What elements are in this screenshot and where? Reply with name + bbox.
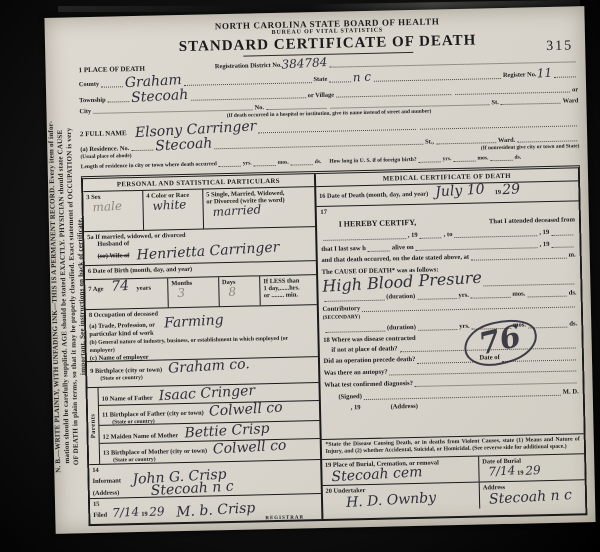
dotted-rule: [420, 236, 442, 238]
dotted-rule: [415, 382, 577, 388]
color-cell: 4 Color or Race white: [143, 189, 204, 229]
secondary-label: (SECONDARY): [323, 315, 361, 323]
mother-value: Bettie Crisp: [184, 424, 270, 440]
contributory-label: Contributory: [322, 305, 360, 314]
residence-label: (a) Residence. No.: [80, 145, 129, 153]
personal-column: PERSONAL AND STATISTICAL PARTICULARS 3 S…: [83, 174, 323, 524]
full-name-label: 2 FULL NAME: [80, 129, 127, 138]
state-or-country-note: (State or country): [103, 456, 156, 463]
father-birthplace-label: 11 Birthplace of Father (city or town): [102, 409, 204, 418]
informant-cell: 14 Informant John G. Crisp (Address) Ste…: [89, 460, 320, 499]
burial-place-value: Stecoah cem: [325, 467, 422, 484]
occupation-c-label: (c) Name of employer: [90, 353, 149, 361]
year-19: , 19: [540, 240, 550, 248]
burial-19: 19: [517, 469, 524, 476]
wife-of-label: (or) Wife of: [88, 252, 130, 260]
spouse-cell: 5a If married, widowed, or divorced Husb…: [84, 227, 315, 266]
register-no-label: Register No.: [503, 72, 537, 80]
residence-value: Stecoah: [155, 138, 213, 152]
yrs-label: yrs.: [243, 161, 252, 168]
residence-ward-label: Ward.: [498, 136, 515, 144]
days-value: 8: [222, 287, 236, 297]
dotted-rule: [101, 85, 123, 87]
signed-address-line: , 19 (Address): [325, 400, 579, 414]
less-label-3: or ........ min.: [264, 291, 298, 299]
nonresident-note: (If nonresident give city or town and St…: [481, 143, 580, 151]
abode-note: (Usual place of abode): [80, 153, 131, 160]
year-19: , 19: [325, 405, 361, 414]
medical-column: MEDICAL CERTIFICATE OF DEATH 16 Date of …: [316, 168, 586, 519]
dob-label: 6 Date of Birth (month, day, and year): [88, 265, 192, 274]
dotted-rule: [266, 107, 326, 110]
autopsy-label: Was there an autopsy?: [324, 369, 388, 379]
registration-district-label: Registration District No.: [215, 62, 282, 71]
dotted-rule: [364, 394, 561, 400]
informant-address-value: Stecoah n c: [151, 481, 234, 497]
city-label: City: [79, 108, 91, 116]
age-value: 74: [111, 280, 129, 292]
dotted-rule: [455, 90, 570, 95]
year-19: , 19: [408, 232, 418, 240]
occupation-b-label: (b) General nature of industry, business…: [89, 335, 288, 353]
dotted-rule: [368, 249, 390, 251]
address-note: (Address): [360, 403, 418, 412]
section-1-label: 1 PLACE OF DEATH: [78, 64, 144, 73]
number-label: No.: [255, 104, 265, 112]
spouse-label: 5a If married, widowed, or divorced: [87, 231, 185, 240]
filed-day-value: 7/14: [112, 508, 139, 519]
occupation-a-value: Farming: [164, 315, 224, 330]
street-label: St.: [491, 99, 498, 107]
residence-street-label: St.,: [425, 138, 434, 146]
dotted-rule: [258, 128, 415, 133]
dotted-rule: [323, 237, 406, 241]
dotted-rule: [417, 360, 477, 363]
father-birthplace-value: Colwell co: [209, 402, 283, 417]
foreign-birth-label: How long in U. S. if of foreign birth?: [329, 157, 416, 165]
occupation-cell: 8 Occupation of deceased (a) Trade, Prof…: [86, 305, 318, 362]
film-artifact: [58, 6, 238, 12]
days-cell: Days 8: [219, 276, 261, 306]
less-than-day-cell: If LESS than 1 day,......hrs. or .......…: [260, 275, 316, 305]
burial-date-day: 7/14: [482, 466, 515, 477]
dotted-rule: [527, 294, 566, 297]
cause-of-death-value: High Blood Presure: [322, 272, 482, 294]
dotted-rule: [436, 141, 496, 144]
certificate-sheet: N. B.—WRITE PLAINLY, WITH UNFADING INK—T…: [44, 6, 595, 534]
registration-district-value: 384784: [282, 58, 328, 70]
mos-label: mos.: [512, 290, 525, 299]
ward-label: Ward: [563, 97, 579, 105]
husband-of-label: Husband of: [87, 240, 129, 248]
burial-year: 29: [525, 466, 541, 476]
months-cell: Months 3: [168, 277, 219, 307]
spouse-value: Henrietta Carringer: [137, 242, 280, 261]
dotted-rule: [501, 102, 561, 105]
if-not-label: if not at place of death?: [323, 345, 397, 355]
dotted-rule: [420, 124, 577, 129]
certify-bold: I HEREBY CERTIFY,: [339, 218, 417, 230]
ds-label: ds.: [514, 155, 521, 162]
mother-label: 12 Maiden Name of Mother: [103, 432, 179, 441]
to-label: , to: [444, 231, 453, 239]
footnote-text: *State the Disease Causing Death, or in …: [325, 436, 579, 455]
dotted-rule: [471, 257, 567, 261]
yrs-label: yrs.: [443, 156, 452, 163]
dod-19: 19: [495, 189, 502, 196]
county-label: County: [79, 81, 99, 89]
dotted-rule: [417, 297, 456, 300]
dotted-rule: [329, 80, 351, 82]
dotted-rule: [484, 282, 575, 286]
undertaker-value: H. D. Ownby: [339, 492, 436, 509]
state-value: n c: [353, 73, 372, 84]
mother-birthplace-label: 13 Birthplace of Mother (city or town): [103, 447, 207, 456]
duration-label: (duration): [386, 292, 415, 301]
father-label: 10 Name of Father: [102, 394, 153, 402]
dotted-rule: [551, 233, 573, 235]
undertaker-address-value: Stecoah n c: [483, 490, 572, 506]
informant-address-label: (Address): [93, 489, 120, 497]
certificate-number: 315: [546, 38, 573, 55]
duration-label: (duration): [387, 324, 416, 333]
occupation-label: 8 Occupation of deceased: [89, 310, 158, 319]
dod-year-value: 29: [502, 184, 520, 196]
dotted-rule: [416, 246, 538, 251]
certify-line-1: I HEREBY CERTIFY, That I attended deceas…: [321, 215, 576, 231]
birthplace-label: 9 Birthplace (city or town): [90, 366, 162, 375]
year-19: , 19: [539, 229, 549, 237]
parents-vertical-label: Parents: [88, 387, 101, 463]
m-label: m.: [568, 252, 575, 260]
dotted-rule: [374, 77, 501, 82]
signed-label: (Signed): [324, 393, 362, 402]
informant-label: Informant: [92, 478, 121, 486]
undertaker-cell: 20 Undertaker H. D. Ownby: [322, 482, 480, 511]
dotted-rule: [517, 139, 577, 142]
filed-19: 19: [141, 511, 148, 518]
registrar-signature: M. b. Crisp: [176, 503, 256, 519]
dotted-rule: [390, 370, 577, 376]
ds-label: ds.: [569, 289, 577, 297]
informant-number: 14: [92, 466, 99, 473]
township-label: Township: [79, 96, 106, 104]
certify-rest: That I attended deceased from: [489, 216, 575, 226]
or-label: or: [572, 86, 578, 93]
mos-label: mos.: [278, 160, 289, 167]
age-cell: 7 Age 74 years: [85, 278, 169, 309]
ds-label: ds.: [315, 159, 322, 166]
yrs-label: yrs.: [458, 291, 469, 299]
certificate-form: NORTH CAROLINA STATE BOARD OF HEALTH BUR…: [78, 13, 588, 525]
date-of-death-label: 16 Date of Death (month, day, and year): [319, 190, 428, 199]
dotted-rule: [491, 158, 513, 160]
burial-date-cell: Date of Burial 7/14 19 29: [479, 454, 584, 481]
dotted-rule: [324, 298, 384, 301]
dotted-rule: [471, 296, 510, 299]
dotted-rule: [455, 234, 538, 238]
death-occurred-label: and that death occurred, on the date sta…: [321, 254, 469, 265]
parents-label-text: Parents: [90, 413, 98, 438]
undertaker-address-cell: Address Stecoah n c: [480, 480, 585, 508]
parents-rows: 10 Name of Father Isaac Cringer 11 Birth…: [99, 383, 320, 464]
state-label: State: [313, 76, 327, 84]
months-value: 3: [171, 288, 185, 298]
burial-place-cell: 19 Place of Burial, Cremation, or remova…: [322, 456, 480, 484]
marital-value: married: [206, 205, 261, 218]
undertaker-row: 20 Undertaker H. D. Ownby Address Stecoa…: [322, 480, 585, 512]
dotted-rule: [453, 159, 475, 161]
years-label: years: [136, 284, 151, 291]
or-village-label: or Village: [308, 91, 334, 99]
md-label: M. D.: [563, 388, 579, 397]
ds-label: ds.: [569, 320, 577, 328]
dotted-rule: [554, 75, 576, 77]
sex-value: male: [86, 201, 122, 213]
dotted-rule: [191, 96, 306, 101]
father-value: Isaac Cringer: [158, 386, 255, 403]
dotted-rule: [291, 163, 313, 165]
filed-label: Filed: [93, 512, 107, 519]
certification-cell: 17 I HEREBY CERTIFY, That I attended dec…: [316, 201, 583, 440]
dotted-rule: [184, 81, 311, 86]
dotted-rule: [325, 330, 385, 333]
main-grid: PERSONAL AND STATISTICAL PARTICULARS 3 S…: [81, 165, 588, 526]
dotted-rule: [418, 328, 457, 331]
age-label: 7 Age: [88, 285, 103, 292]
dotted-rule: [219, 164, 241, 166]
parents-section: Parents 10 Name of Father Isaac Cringer …: [88, 383, 320, 465]
date-of-death-value: July 10: [435, 184, 485, 198]
test-label: What test confirmed diagnosis?: [324, 380, 413, 390]
dotted-rule: [336, 93, 451, 98]
sex-color-marital-row: 3 Sex male 4 Color or Race white 5 Singl…: [83, 187, 314, 232]
alive-on-label: alive on: [392, 243, 414, 252]
birthplace-value: Graham co.: [167, 359, 249, 375]
microfilm-background: N. B.—WRITE PLAINLY, WITH UNFADING INK—T…: [0, 0, 600, 552]
dotted-rule: [552, 245, 574, 247]
state-or-country-note: (State or country): [102, 418, 155, 425]
dotted-rule: [419, 160, 441, 162]
length-label: Length of residence in city or town wher…: [81, 161, 217, 170]
mos-label: mos.: [477, 155, 488, 162]
last-saw-label: that I last saw h: [321, 244, 366, 253]
dotted-rule: [108, 100, 130, 102]
state-or-country-note: (State or country): [90, 375, 143, 382]
filed-number: 15: [93, 500, 100, 507]
mother-birthplace-value: Colwell co: [212, 440, 286, 455]
occupation-a-label-2: particular kind of work: [89, 330, 153, 338]
marital-cell: 5 Single, Married, Widowed, or Divorced …: [203, 187, 315, 228]
yrs-label: yrs.: [459, 322, 470, 330]
filed-year-value: 29: [149, 507, 165, 517]
township-value: Stecoah: [131, 90, 189, 104]
color-value: white: [146, 200, 186, 212]
dotted-rule: [254, 163, 276, 165]
filed-cell: 15 Filed 7/14 19 29 M. b. Crisp REGISTRA…: [90, 494, 321, 524]
register-no-value: 11: [536, 69, 552, 79]
dotted-rule: [131, 149, 153, 151]
operation-label: Did an operation precede death?: [324, 356, 416, 366]
cause-value-line: High Blood Presure: [322, 273, 577, 291]
sex-cell: 3 Sex male: [83, 190, 144, 230]
